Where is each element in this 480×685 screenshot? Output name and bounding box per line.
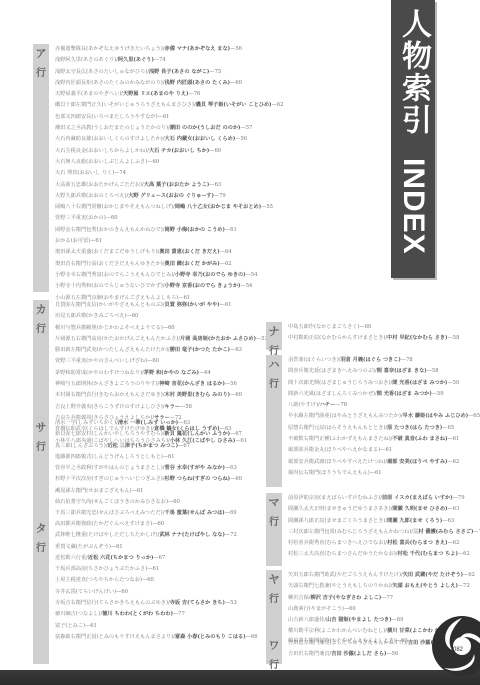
entry-reading: 村松喜兵衛秀直(むらまつきへえひでなお)/ — [288, 540, 387, 546]
entry-name: 山吉 猫姫(やまよし たつき) — [326, 617, 392, 623]
entry-page: 61 — [116, 544, 123, 550]
entry-reading: 大石無人良総(おおいしぶじんよしふさ) — [55, 159, 147, 165]
entry-reading: 早水藤左衛門満堯(はやみとうざえもんみつたか)/ — [288, 413, 403, 419]
index-entry: 奥田孫太夫重盛(おくだまごだゆうしげもり)/奥田 貴恵(おくだ きだえ)—64 — [55, 247, 283, 258]
entry-page: 60 — [147, 577, 154, 583]
entry-reading: 瀬尾孫左衛門(せおまござえもん) — [55, 488, 132, 494]
entry-reading: 三村次郎左衛門包常(みむらじろうざえもんかねつね)/ — [288, 529, 413, 535]
entry-page: 60 — [214, 148, 221, 154]
entry-reading: 天野屋義平(あまのやぎへい)/ — [55, 91, 123, 97]
entry-reading: 近松勘六行重/ — [55, 555, 88, 561]
entry-reading: 勝田新左衛門武尭(かつたしんざえもんたけたか)/ — [55, 347, 170, 353]
entry-name: ハチー — [320, 402, 336, 408]
footer-bar — [0, 670, 480, 685]
section-tab: ア行 — [33, 44, 49, 292]
index-entry: 新貝弥七郎安村(しんかいやしちろうやすむら)/新貝 鳳花(しんかい ふうか)—6… — [55, 429, 242, 440]
index-entry: 土屋主税達直(つちやちからたつなお)—60 — [55, 575, 258, 586]
entry-name: 小野寺 幸乃(おのでら ゆきの) — [175, 272, 246, 278]
entry-list: 中島五郎作(なかじまごろさく)—60中村勘助正辰(なかむらかんすけまさとき)/中… — [288, 322, 459, 345]
entry-reading: 矢田五郎右衛門助武(やだごろうえもんすけたけ)/ — [288, 572, 403, 578]
entry-reading: 間喜兵衛光延(はざまきへえみつのぶ)/ — [288, 368, 377, 374]
entry-page: 78 — [341, 402, 348, 408]
entry-page: 79 — [458, 495, 465, 501]
entry-page: 62 — [453, 540, 460, 546]
entry-page: 72 — [230, 532, 237, 538]
index-entry: 高田郡兵衛資政(たかだぐんべえすけまさ)—60 — [55, 519, 258, 530]
entry-reading: 片岡源五右衛門高房(かたおかげんごえもんたかふさ)/ — [55, 336, 180, 342]
index-entry: 不破数右衛門正種(ふわかずえもんまさたね)/不破 真音(ふわ まさね)—61 — [288, 434, 480, 445]
entry-name: 浅野 長子(あさの ながこ) — [149, 69, 209, 75]
index-entry: 富子(とみこ)—61 — [55, 621, 258, 632]
entry-reading: 赤備遊撃隊長(あかぞなえゆうげきたいちょう)/ — [55, 46, 165, 52]
entry-reading: 間十次郎光興(はざまじゅうじろうみつおき)/ — [288, 380, 392, 386]
index-entry: 浅野太守長広(あさのたいしゅながひろ)/浅野 長子(あさの ながこ)—75 — [55, 67, 283, 78]
entry-reading: 堀内伝右衛門(ほりうちでんえもん) — [288, 470, 370, 476]
entry-name: 寺坂 吉(てらさか きち) — [170, 600, 225, 606]
entry-page: 61 — [453, 436, 460, 442]
index-entry: 大野九郎兵衛(おおのくろべえ)/大野 グリュース(おおの ぐりゅーす)—79 — [55, 191, 283, 202]
entry-reading: 梶川与惣兵衛頼照(かじかわよそべえよりてる) — [55, 325, 163, 331]
index-entry: 真三郎(しんざぶろう)/近松 三津子(ちかまつ みつこ)—67 — [55, 441, 242, 452]
entry-page: 60 — [235, 80, 242, 86]
entry-page: 54 — [246, 283, 253, 289]
section-gyo: 行 — [269, 592, 279, 608]
entry-reading: 進藤源四郎俊式(しんどうげんしろうとしもと) — [55, 454, 163, 460]
entry-page: 56 — [230, 381, 237, 387]
index-entry: 村松三太夫高直(むらまつさんだゆうたかなお)/村松 千代(むらまつ ちよ)—62 — [288, 549, 480, 560]
index-entry: 間喜兵衛光延(はざまきへえみつのぶ)/間 喜奈(はざま きな)—58 — [288, 366, 480, 377]
section-kana: サ — [36, 420, 47, 436]
entry-page: 60 — [158, 521, 165, 527]
page-number: 082 — [448, 643, 468, 657]
index-entry: 進藤源四郎俊式(しんどうげんしろうとしもと)—61 — [55, 452, 242, 463]
section-kana: カ — [36, 302, 47, 318]
index-entry: 羽倉斎(はぐらいつき)/羽倉 月義(はぐら つきこ)—78 — [288, 355, 480, 366]
section-kana: ヤ — [269, 572, 280, 588]
entry-page: 74 — [119, 170, 126, 176]
section-kana: マ — [269, 495, 280, 511]
entry-page: 58 — [432, 368, 439, 374]
entry-page: 58 — [453, 335, 460, 341]
entry-name: 堀部 安美(ほりべ やすみ) — [387, 459, 447, 465]
index-entry: おかる(お可留)—61 — [55, 236, 283, 247]
entry-name: キラー — [165, 404, 181, 410]
entry-name: 矢頭 おもえ(やとう よしえ) — [392, 583, 458, 589]
entry-reading: 綿屋善右衛門好時(わたやぜんえもんよしとき) — [288, 638, 396, 644]
entry-page: 54 — [251, 272, 258, 278]
entry-reading: 大野九郎兵衛(おおのくろべえ)/ — [55, 193, 128, 199]
entry-page: 75 — [215, 69, 222, 75]
entry-reading: 富森助右衛門正因(とみのもりすけえもんまさより)/ — [55, 634, 175, 640]
section-kana: ハ — [269, 357, 280, 373]
section-kana: ワ — [269, 638, 280, 654]
entry-reading: 羽倉斎(はぐらいつき)/ — [288, 357, 340, 363]
entry-reading: おかる(お可留) — [55, 238, 90, 244]
entry-name: 村松 千代(むらまつ ちよ) — [398, 551, 458, 557]
entry-page: 60 — [152, 159, 159, 165]
index-entry: 近松勘六行重/近松 六花(ちかまつ りっか)—67 — [55, 553, 258, 564]
entry-page: 60 — [349, 606, 356, 612]
index-entry: 堀部安兵衛武庸(ほりべやすべえたけつね)/堀部 安美(ほりべ やすみ)—62 — [288, 457, 480, 468]
entry-reading: 茅野和助常成(かやのわすけつねなり)/ — [55, 370, 144, 376]
entry-list: 前原伊助宗房(まえばらいすけむねふさ)/前原 イスカ(まえばら いすか)—79間… — [288, 493, 480, 561]
entry-reading: 潮田又之丞高教(うしおだまたのじょうたかのり)/ — [55, 125, 170, 131]
entry-page: 77 — [386, 595, 393, 601]
entry-reading: 吉田沢右衛門兼貞/ — [288, 651, 331, 657]
entry-page: 62 — [463, 551, 470, 557]
index-entry: 垂賀文蔵(たがぶんぞう)—61 — [55, 542, 258, 553]
entry-name: 木村 美野里(きむら みのり) — [165, 392, 231, 398]
entry-page: 65 — [473, 413, 480, 419]
entry-name: 大野 グリュース(おおの ぐりゅーす) — [128, 193, 214, 199]
entry-list: 羽倉斎(はぐらいつき)/羽倉 月義(はぐら つきこ)—78間喜兵衛光延(はざまき… — [288, 355, 480, 479]
entry-page: 60 — [235, 476, 242, 482]
entry-page: 62 — [225, 261, 232, 267]
entry-name: 赤備 マナ(あかぞなえ まな) — [165, 46, 231, 52]
entry-reading: 富子(とみこ) — [55, 623, 85, 629]
index-entry: 潮田又之丞高教(うしおだまたのじょうたかのり)/潮田 ののか(うしおだ ののか)… — [55, 123, 283, 134]
entry-reading: 寺井玄渓(てらいげんけい) — [55, 589, 116, 595]
index-entry: 間十次郎光興(はざまじゅうじろうみつおき)/間 光香(はざま みつか)—59 — [288, 378, 480, 389]
entry-page: 61 — [90, 623, 97, 629]
entry-reading: 大石 理玖(おおいし りく) — [55, 170, 114, 176]
index-entry: 大石内蔵助良雄(おおいしくらのすけよしたか)/大石 内蔵女(おおいし くらめ)—… — [55, 134, 283, 145]
entry-page: 61 — [375, 470, 382, 476]
entry-page: 79 — [219, 193, 226, 199]
entry-reading: 吉良上野介義央(きらこうずけのすけよしひさ)/ — [55, 404, 165, 410]
entry-page: 57 — [246, 125, 253, 131]
entry-reading: 間新六光風(はざましんろくみつかぜ)/ — [288, 391, 377, 397]
entry-reading: 大石内蔵助良雄(おおいしくらのすけよしたか)/ — [55, 136, 165, 142]
entry-name: 新貝 鳳花(しんかい ふうか) — [165, 431, 231, 437]
entry-page: 61 — [385, 447, 392, 453]
entry-name: 磯貝 琴子姫(いそがい ことひめ) — [196, 102, 272, 108]
section-kana: ナ — [269, 324, 280, 340]
entry-page: 66 — [251, 634, 258, 640]
entry-reading: 貝賀弥左衛門友信(かいがやざえもんとものぶ)/ — [55, 302, 165, 308]
index-entry: 綿屋善右衛門好時(わたやぜんえもんよしとき)—60 — [288, 636, 408, 647]
entry-name: 柳沢 吉子(やなぎさわ よしこ) — [311, 595, 382, 601]
entry-reading: 垣見五郎兵衛(かきみごろべえ) — [55, 313, 127, 319]
index-entry: 堀内伝右衛門(ほりうちでんえもん)—61 — [288, 468, 480, 479]
entry-name: 富森 小春(とみのもり こはる) — [175, 634, 246, 640]
title-japanese: 人物索引 — [398, 8, 428, 136]
index-entry: 貝賀弥左衛門友信(かいがやざえもんとものぶ)/貝賀 弥弥(かいが やや)—61 — [55, 300, 268, 311]
section-tab: マ行 — [266, 493, 282, 566]
section-gyo: 行 — [36, 541, 46, 557]
entry-page: 67 — [159, 555, 166, 561]
entry-list: 綿屋善右衛門好時(わたやぜんえもんよしとき)—60 — [288, 636, 408, 647]
index-entry: 大高源五忠雄(おおたかげんごただお)/大高 葉子(おおたか ようこ)—63 — [55, 180, 283, 191]
entry-reading: 中島五郎作(なかじまごろさく) — [288, 324, 360, 330]
entry-page: 77 — [178, 611, 185, 617]
entry-name: 貝賀 弥弥(かいが やや) — [165, 302, 220, 308]
entry-name: 岡嶋 八十乙女(おかじま やそおとめ) — [175, 204, 261, 210]
entry-page: 60 — [111, 215, 118, 221]
entry-reading: 木村岡右衛門貞行(きむらおかえもんさだゆき)/ — [55, 392, 165, 398]
index-entry: 寺井玄渓(てらいげんけい)—60 — [55, 587, 258, 598]
entry-reading: 浅野太守長広(あさのたいしゅながひろ)/ — [55, 69, 149, 75]
entry-reading: 浅野阿久里(あさのあぐり)/ — [55, 57, 118, 63]
entry-page: 72 — [463, 583, 470, 589]
index-entry: 萱野三平重実(おかの)—60 — [55, 213, 283, 224]
index-entry: 間瀬久太夫正明(ませきゅうだゆうまさあき)/間瀬 久明(ませ ひさめ)—63 — [288, 504, 480, 515]
entry-reading: 奥田孫太夫重盛(おくだまごだゆうしげもり)/ — [55, 249, 159, 255]
index-entry: 萱野三平重実(かやのさんぺいしげざね)—60 — [55, 356, 268, 367]
entry-reading: 千坂兵部高房(ちさかひょうぶたかふさ) — [55, 566, 147, 572]
entry-reading: 磯貝十郎左衛門正久(いそがいじゅうろうざえもんまさひさ)/ — [55, 102, 196, 108]
index-entry: 八助(やすけ)/ハチー—78 — [288, 400, 480, 411]
entry-reading: 山鹿素行(やまがそこう) — [288, 606, 344, 612]
entry-reading: 土屋主税達直(つちやちからたつなお) — [55, 577, 142, 583]
entry-name: 間 光香(はざま みつか) — [377, 391, 432, 397]
title-english: INDEX — [398, 158, 428, 255]
entry-name: 勝田 竜子(かつた たかこ) — [170, 347, 230, 353]
entry-reading: 原惣右衛門元辰(はらそうえもんもととき)/ — [288, 425, 387, 431]
index-entry: 千坂兵部高房(ちさかひょうぶたかふさ)—61 — [55, 564, 258, 575]
entry-page: 60 — [401, 638, 408, 644]
entry-reading: 堀部安兵衛武庸(ほりべやすべえたけつね)/ — [288, 459, 387, 465]
index-entry: 杉野十平次次房(すぎのじゅうへいじつぎふさ)/杉野 つらね(すぎの つらね)—6… — [55, 474, 242, 485]
entry-page: 60 — [365, 324, 372, 330]
index-entry: 神崎与五郎則休(かんざきよごろうのりやす)/神崎 音花(かんざき はるか)—56 — [55, 379, 268, 390]
entry-reading: 前原伊助宗房(まえばらいすけむねふさ)/ — [288, 495, 382, 501]
entry-page: 61 — [95, 238, 102, 244]
index-entry: 梶川与惣兵衛頼照(かじかわよそべえよりてる)—60 — [55, 323, 268, 334]
entry-page: 61 — [137, 488, 144, 494]
entry-page: 67 — [235, 431, 242, 437]
section-kana: タ — [36, 521, 47, 537]
index-entry: 奥田貞右衛門行高(おくださだえもんゆきたか)/奥田 鏡(おくだ かがみ)—62 — [55, 259, 283, 270]
section-tab: ワ行 — [266, 636, 282, 664]
entry-name: 中村 早紀(なかむら さき) — [387, 335, 447, 341]
entry-reading: 杉野十平次次房(すぎのじゅうへいじつぎふさ)/ — [55, 476, 165, 482]
entry-name: 神崎 音花(かんざき はるか) — [159, 381, 225, 387]
index-entry: 三村次郎左衛門包常(みむらじろうざえもんかねつね)/三村 優護(みむら ささご)… — [288, 527, 480, 538]
entry-list: 赤備遊撃隊長(あかぞなえゆうげきたいちょう)/赤備 マナ(あかぞなえ まな)—5… — [55, 44, 283, 304]
index-entry: 富森助右衛門正因(とみのもりすけえもんまさより)/富森 小春(とみのもり こはる… — [55, 632, 258, 643]
index-entry: 色部又四郎安長(いろべまたしろうやすなが)—61 — [55, 112, 283, 123]
entry-page: 61 — [230, 227, 237, 233]
entry-name: 奥田 貴恵(おくだ きだえ) — [159, 249, 219, 255]
index-entry: 仙石伯耆守久尚(せんごくほうきのかみひさなお)—60 — [55, 497, 242, 508]
entry-name: 小野寺 京香(おのでら きょうか) — [165, 283, 241, 289]
entry-reading: 堀部弥兵衛金丸(ほりべやへえかなまる) — [288, 447, 380, 453]
index-entry: 清水一学(しみずいちがく)/清水 一華(しみず いっか)—63 — [55, 418, 242, 429]
entry-name: 大高 葉子(おおたか ようこ) — [144, 182, 210, 188]
entry-reading: 菅谷半之丞政利(すがやはんのじょうまさとし)/ — [55, 465, 165, 471]
index-entry: 片岡源五右衛門高房(かたおかげんごえもんたかふさ)/片岡 高房姫(かたおか ふさ… — [55, 334, 268, 345]
entry-reading: 中村勘助正辰(なかむらかんすけまさとき)/ — [288, 335, 387, 341]
entry-name: 阿久里(あぐり) — [118, 57, 154, 63]
entry-page: 76 — [194, 91, 201, 97]
entry-name: 大石 内蔵女(おおいし くらめ) — [165, 136, 236, 142]
entry-name: 村松 喜兵(むらまつ きえ) — [387, 540, 447, 546]
entry-reading: 奥田貞右衛門行高(おくださだえもんゆきたか)/ — [55, 261, 165, 267]
entry-page: 64 — [225, 249, 232, 255]
index-entry: 岡嶋八十右衛門常樹(おかじまやそえもんつねしげ)/岡嶋 八十乙女(おかじま やそ… — [55, 202, 283, 213]
entry-page: 60 — [173, 499, 180, 505]
entry-page: 53 — [230, 600, 237, 606]
entry-reading: 萱野三平重実(おかの) — [55, 215, 106, 221]
entry-reading: 横川勘平宗利(よこかわかんぺいむねとし)/ — [288, 628, 387, 634]
entry-page: 58 — [185, 404, 192, 410]
entry-name: 岡野 小梅(おかの こうめ) — [165, 227, 225, 233]
entry-name: 羽倉 月義(はぐら つきこ) — [340, 357, 400, 363]
index-entry: 寺坂吉右衛門信行(てらさかきちえもんのぶゆき)/寺坂 吉(てらさか きち)—53 — [55, 598, 258, 609]
entry-page: 63 — [453, 506, 460, 512]
entry-reading: 新貝弥七郎安村(しんかいやしちろうやすむら)/ — [55, 431, 165, 437]
entry-name: 前原 イスカ(まえばら いすか) — [382, 495, 453, 501]
entry-page: 74 — [159, 57, 166, 63]
entry-reading: 矢頭右衛門七教兼(やとうえもしちのりかね)/ — [288, 583, 392, 589]
entry-name: 原 たつき(はら たつき) — [387, 425, 442, 431]
entry-page: 60 — [121, 589, 128, 595]
entry-reading: 高田郡兵衛資政(たかだぐんべえすけまさ) — [55, 521, 152, 527]
entry-name: 間瀬 九郎(ませ くろう) — [387, 518, 442, 524]
index-entry: 木村岡右衛門貞行(きむらおかえもんさだゆき)/木村 美野里(きむら みのり)—6… — [55, 390, 268, 401]
entry-page: 63 — [183, 420, 190, 426]
index-entry: 間新六光風(はざましんろくみつかぜ)/間 光香(はざま みつか)—59 — [288, 389, 480, 400]
entry-name: 天野屋 リエ(あまのや りえ) — [123, 91, 188, 97]
entry-name: 奥田 鏡(おくだ かがみ) — [165, 261, 220, 267]
entry-reading: 間瀬孫九郎正辰(ませまごくろうまさとき)/ — [288, 518, 387, 524]
entry-reading: 小野寺十内秀和(おのでらじゅうないひでかず)/ — [55, 283, 165, 289]
entry-page: 56 — [241, 136, 248, 142]
entry-name: 吉田 沙羅(よしだ さら) — [331, 651, 386, 657]
entry-name: 間 喜奈(はざま きな) — [377, 368, 427, 374]
entry-name: 片岡 高房姫(かたおか ふさひめ) — [180, 336, 256, 342]
entry-reading: 真三郎(しんざぶろう)/ — [55, 443, 107, 449]
entry-reading: 岡野金右衛門包秀(おかのきんえもんかねひで)/ — [55, 227, 165, 233]
index-entry: 村松喜兵衛秀直(むらまつきへえひでなお)/村松 喜兵(むらまつ きえ)—62 — [288, 538, 480, 549]
entry-reading: 寺坂吉右衛門信行(てらさかきちえもんのぶゆき)/ — [55, 600, 170, 606]
entry-name: 近松 三津子(ちかまつ みつこ) — [107, 443, 178, 449]
index-entry: 堀部弥兵衛金丸(ほりべやへえかなまる)—61 — [288, 445, 480, 456]
entry-reading: 仙石伯耆守久尚(せんごくほうきのかみひさなお) — [55, 499, 168, 505]
index-entry: 岡野金右衛門包秀(おかのきんえもんかねひで)/岡野 小梅(おかの こうめ)—61 — [55, 225, 283, 236]
entry-name: 三村 優護(みむら ささご) — [413, 529, 473, 535]
index-entry: 勝田新左衛門武尭(かつたしんざえもんたけたか)/勝田 竜子(かつた たかこ)—6… — [55, 345, 268, 356]
entry-name: 茅野 和(かやの なごみ) — [144, 370, 199, 376]
entry-page: 63 — [230, 465, 237, 471]
entry-name: 浅野 内匠頭(あさの たくみ) — [165, 80, 231, 86]
entry-name: 間瀬 久明(ませ ひさめ) — [392, 506, 447, 512]
entry-reading: 八助(やすけ)/ — [288, 402, 320, 408]
entry-list: 高田郡兵衛資政(たかだぐんべえすけまさ)—60武林唯七隆重(たけばやしただしちた… — [55, 519, 258, 643]
entry-page: 60 — [132, 313, 139, 319]
entry-name: 早水 藤姫(はやみ ふじひめ) — [403, 413, 469, 419]
index-entry: 浅野阿久里(あさのあぐり)/阿久里(あぐり)—74 — [55, 55, 283, 66]
entry-reading: 武林唯七隆重(たけばやしただしちたかしげ)/ — [55, 532, 159, 538]
entry-reading: 徳川綱吉(つなよし)/ — [55, 611, 102, 617]
entry-page: 56 — [235, 46, 242, 52]
entry-page: 55 — [266, 204, 273, 210]
index-entry: 中村勘助正辰(なかむらかんすけまさとき)/中村 早紀(なかむら さき)—58 — [288, 333, 459, 344]
section-tab: ナ行 — [266, 322, 282, 350]
entry-name: 矢田 武蔵(やだ たけぞう) — [403, 572, 463, 578]
entry-list: 清水一学(しみずいちがく)/清水 一華(しみず いっか)—63新貝弥七郎安村(し… — [55, 418, 242, 520]
entry-page: 78 — [406, 357, 413, 363]
entry-page: 61 — [163, 114, 170, 120]
section-gyo: 行 — [36, 440, 46, 456]
entry-reading: 間瀬久太夫正明(ませきゅうだゆうまさあき)/ — [288, 506, 392, 512]
index-entry: 千馬三郎兵衛光忠(せんばさぶろべえみつただ)/千馬 蜜葉(せんば みつは)—69 — [55, 508, 242, 519]
index-entry: 垣見五郎兵衛(かきみごろべえ)—60 — [55, 311, 268, 322]
index-entry: 大石 理玖(おおいし りく)—74 — [55, 168, 283, 179]
entry-page: 63 — [235, 347, 242, 353]
entry-page: 60 — [168, 325, 175, 331]
index-entry: 間瀬孫九郎正辰(ませまごくろうまさとき)/間瀬 九郎(ませ くろう)—63 — [288, 516, 480, 527]
section-gyo: 行 — [36, 66, 46, 82]
index-entry: 大石無人良総(おおいしぶじんよしふさ)—60 — [55, 157, 283, 168]
entry-reading: 神崎与五郎則休(かんざきよごろうのりやす)/ — [55, 381, 159, 387]
entry-page: 62 — [453, 459, 460, 465]
entry-reading: 山吉新八郎盛侍/ — [288, 617, 326, 623]
index-entry: 茅野和助常成(かやのわすけつねなり)/茅野 和(かやの なごみ)—64 — [55, 368, 268, 379]
index-entry: 小野寺幸右衛門秀富(おのでらこうえもんひでとみ)/小野寺 幸乃(おのでら ゆきの… — [55, 270, 283, 281]
entry-page: 69 — [230, 510, 237, 516]
index-entry: 前原伊助宗房(まえばらいすけむねふさ)/前原 イスカ(まえばら いすか)—79 — [288, 493, 480, 504]
section-tab: タ行 — [33, 519, 49, 664]
entry-name: 近松 六花(ちかまつ りっか) — [88, 555, 154, 561]
index-entry: 矢田五郎右衛門助武(やだごろうえもんすけたけ)/矢田 武蔵(やだ たけぞう)—6… — [288, 570, 475, 581]
entry-reading: 大高源五忠雄(おおたかげんごただお)/ — [55, 182, 144, 188]
entry-reading: 岡嶋八十右衛門常樹(おかじまやそえもんつねしげ)/ — [55, 204, 175, 210]
entry-page: 67 — [183, 443, 190, 449]
entry-page: 59 — [437, 391, 444, 397]
section-gyo: 行 — [269, 515, 279, 531]
entry-reading: 色部又四郎安長(いろべまたしろうやすなが) — [55, 114, 158, 120]
index-entry: 大石主税良金(おおいしちからよしかね)/大石 チカ(おおいし ちか)—60 — [55, 146, 283, 157]
entry-page: 64 — [204, 370, 211, 376]
entry-page: 63 — [215, 182, 222, 188]
entry-name: 杉野 つらね(すぎの つらね) — [165, 476, 231, 482]
entry-reading: 浅野内匠頭長矩(あさのたくみのかみながのり)/ — [55, 80, 165, 86]
index-entry: 徳川綱吉(つなよし)/徳川 ちわわ(とくがわ ちわわ)—77 — [55, 609, 258, 620]
entry-page: 63 — [448, 518, 455, 524]
entry-reading: 垂賀文蔵(たがぶんぞう) — [55, 544, 111, 550]
entry-page: 61 — [225, 302, 232, 308]
entry-page: 65 — [448, 425, 455, 431]
entry-page: 56 — [392, 651, 399, 657]
entry-reading: 清水一学(しみずいちがく)/ — [55, 420, 118, 426]
index-title-tab: 人物索引 INDEX — [391, 0, 435, 278]
section-tab: ハ行 — [266, 355, 282, 487]
entry-page: 62 — [468, 572, 475, 578]
index-entry: 柳沢吉保/柳沢 吉子(やなぎさわ よしこ)—77 — [288, 593, 475, 604]
entry-name: 清水 一華(しみず いっか) — [118, 420, 178, 426]
index-entry: 瀬尾孫左衛門(せおまござえもん)—61 — [55, 486, 242, 497]
index-entry: 天野屋義平(あまのやぎへい)/天野屋 リエ(あまのや りえ)—76 — [55, 89, 283, 100]
index-entry: 小野寺十内秀和(おのでらじゅうないひでかず)/小野寺 京香(おのでら きょうか)… — [55, 281, 283, 292]
section-gyo: 行 — [36, 322, 46, 338]
entry-page: 62 — [277, 102, 284, 108]
entry-name: 間 光香(はざま みつか) — [392, 380, 447, 386]
entry-page: 69 — [397, 617, 404, 623]
index-entry: 原惣右衛門元辰(はらそうえもんもととき)/原 たつき(はら たつき)—65 — [288, 423, 480, 434]
index-entry: 磯貝十郎左衛門正久(いそがいじゅうろうざえもんまさひさ)/磯貝 琴子姫(いそがい… — [55, 100, 283, 111]
entry-page: 59 — [453, 380, 460, 386]
index-entry: 早水藤左衛門満堯(はやみとうざえもんみつたか)/早水 藤姫(はやみ ふじひめ)—… — [288, 411, 480, 422]
entry-page: 60 — [152, 358, 159, 364]
index-entry: 浅野内匠頭長矩(あさのたくみのかみながのり)/浅野 内匠頭(あさの たくみ)—6… — [55, 78, 283, 89]
entry-reading: 小野寺幸右衛門秀富(おのでらこうえもんひでとみ)/ — [55, 272, 175, 278]
entry-name: 徳川 ちわわ(とくがわ ちわわ) — [102, 611, 173, 617]
entry-name: 大石 チカ(おおいし ちか) — [149, 148, 209, 154]
entry-name: 不破 真音(ふわ まさね) — [392, 436, 447, 442]
entry-name: 武林 ナナ(たけばやし なな) — [159, 532, 225, 538]
